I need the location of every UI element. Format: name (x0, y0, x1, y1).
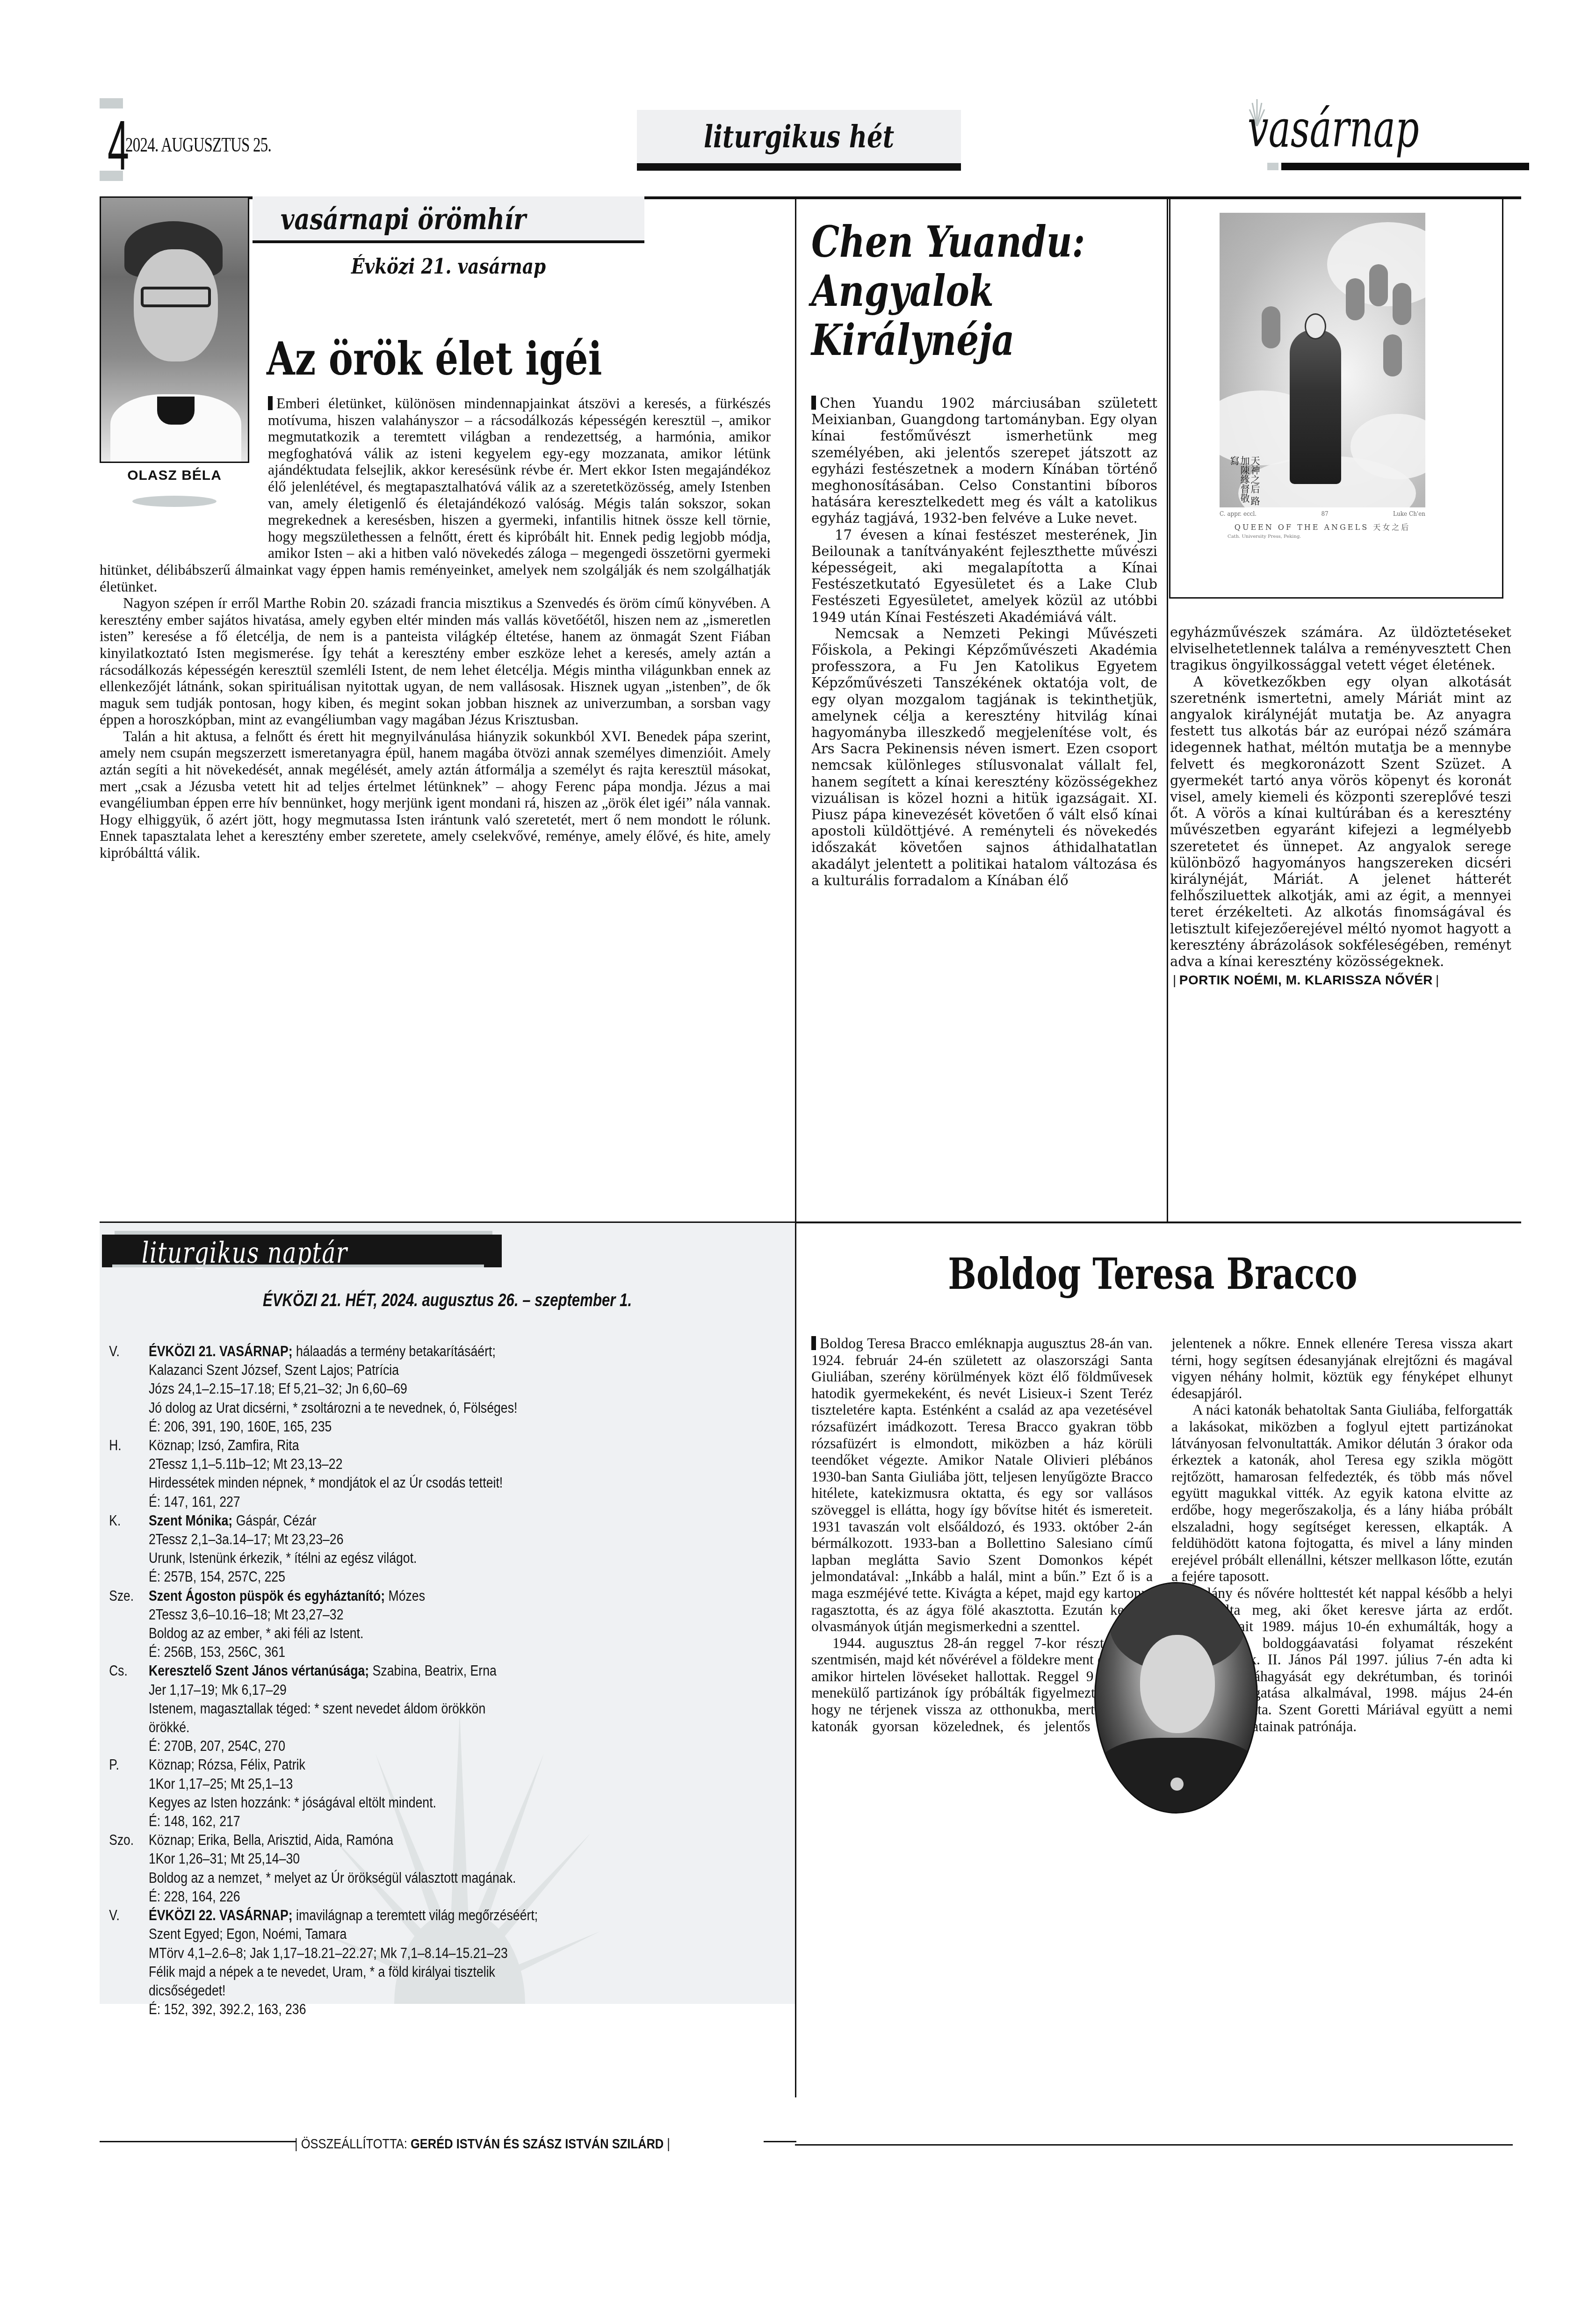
lead-bar-icon (811, 1336, 816, 1350)
chen-body-col2: egyházművészek számára. Az üldöztetéseke… (1170, 624, 1511, 988)
painting-caption-row: C. appr. eccl. 87 Luke Ch'en (1220, 511, 1425, 517)
calendar-psalm: Jó dolog az Urat dicsérni, * zsoltározni… (149, 1399, 696, 1417)
column-kicker-label: vasárnapi örömhír (281, 202, 526, 236)
calendar-psalm: Boldog az az ember, * aki féli az Istent… (149, 1624, 696, 1643)
calendar-header-top-bar (115, 1231, 492, 1235)
credit-rule-left (100, 2141, 296, 2142)
painting-angel (1393, 283, 1411, 325)
credit-rule-right (764, 2141, 796, 2142)
photo-glasses (141, 287, 211, 307)
calendar-psalm: Istenem, magasztallak téged: * szent nev… (149, 1699, 696, 1718)
column-kicker: vasárnapi örömhír (253, 196, 644, 243)
calendar-day: K. (102, 1511, 142, 1587)
painting-angel (1369, 264, 1388, 306)
queen-of-angels-painting: 天神之后 路加陳緣督敬寫 (1220, 213, 1425, 507)
chen-body-col1: Chen Yuandu 1902 márciusában született M… (811, 395, 1157, 889)
chen-paragraph: A következőkben egy olyan alkotását szer… (1170, 674, 1511, 970)
bracco-paragraph: Boldog Teresa Bracco emléknapja augusztu… (811, 1335, 1153, 1635)
calendar-entry: Szo. Köznap; Erika, Bella, Arisztid, Aid… (102, 1831, 785, 1906)
section-heading: liturgikus hét (637, 110, 961, 171)
bottom-rule (795, 2144, 1513, 2146)
calendar-feast: Keresztelő Szent János vértanúsága; Szab… (149, 1662, 696, 1680)
calendar-credit: | ÖSSZEÁLLÍTOTTA: GERÉD ISTVÁN ÉS SZÁSZ … (295, 2136, 692, 2152)
calendar-readings: 2Tessz 1,1–5.11b–12; Mt 23,13–22 (149, 1455, 696, 1474)
painting-artist: Luke Ch'en (1393, 511, 1425, 517)
calendar-entry: P. Köznap; Rózsa, Félix, Patrik 1Kor 1,1… (102, 1756, 785, 1831)
page-number-bottom-bar (100, 171, 123, 181)
calendar-readings: Józs 24,1–2.15–17.18; Ef 5,21–32; Jn 6,6… (149, 1380, 696, 1398)
column-rule (795, 1223, 796, 2097)
calendar-hymns: É: 148, 162, 217 (149, 1812, 696, 1831)
painting-angel (1383, 334, 1402, 376)
calendar-week: ÉVKÖZI 21. HÉT, 2024. augusztus 26. – sz… (162, 1291, 732, 1311)
calendar-feast: Köznap; Izsó, Zamfira, Rita (149, 1436, 696, 1455)
painting-plate-number: 87 (1321, 511, 1328, 517)
chen-paragraph: egyházművészek számára. Az üldöztetéseke… (1170, 624, 1511, 674)
column-rule (1167, 196, 1168, 1223)
liturgical-sunday: Évközi 21. vasárnap (282, 255, 615, 279)
calendar-day: P. (102, 1756, 142, 1831)
calendar-readings: 2Tessz 3,6–10.16–18; Mt 23,27–32 (149, 1605, 696, 1624)
calendar-entry: V. ÉVKÖZI 22. VASÁRNAP; imavilágnap a te… (102, 1906, 785, 2019)
calendar-psalm: Félik majd a népek a te nevedet, Uram, *… (149, 1963, 696, 1981)
calendar-header-bottom-bar (112, 1265, 484, 1267)
calendar-day: Cs. (102, 1662, 142, 1756)
painting-publisher: Cath. University Press, Peking. (1228, 534, 1301, 539)
calendar-entry: V. ÉVKÖZI 21. VASÁRNAP; hálaadás a termé… (102, 1342, 785, 1436)
chen-paragraph: Chen Yuandu 1902 márciusában született M… (811, 395, 1157, 527)
calendar-feast: Szent Ágoston püspök és egyháztanító; Mó… (149, 1587, 696, 1605)
calendar-day: V. (102, 1342, 142, 1436)
masthead-logo: vasárnap (1248, 103, 1419, 154)
logo-underline-accent (1267, 163, 1278, 170)
painting-madonna (1290, 330, 1341, 484)
portrait-coat (1094, 1738, 1258, 1814)
calendar-header: liturgikus naptár (102, 1235, 502, 1267)
painting-madonna-head (1305, 313, 1326, 340)
lead-bar-icon (268, 396, 273, 410)
calendar-day: H. (102, 1436, 142, 1511)
calendar-day: V. (102, 1906, 142, 2019)
calendar-readings: 2Tessz 2,1–3a.14–17; Mt 23,23–26 (149, 1530, 696, 1549)
homily-paragraph: Nagyon szépen ír erről Marthe Robin 20. … (100, 595, 771, 728)
calendar-psalm: Hirdessétek minden népnek, * mondjátok e… (149, 1474, 696, 1492)
calendar-hymns: É: 257B, 154, 257C, 225 (149, 1568, 696, 1586)
painting-inscription: 天神之后 路加陳緣督敬寫 (1229, 456, 1260, 507)
calendar-hymns: É: 147, 161, 227 (149, 1493, 696, 1511)
article-title: Az örök élet igéi (267, 332, 602, 386)
chen-paragraph: 17 évesen a kínai festészet mesterének, … (811, 527, 1157, 626)
calendar-psalm: Boldog az a nemzet, * melyet az Úr öröks… (149, 1869, 696, 1887)
calendar-entry: H. Köznap; Izsó, Zamfira, Rita 2Tessz 1,… (102, 1436, 785, 1511)
portrait-brooch (1170, 1778, 1184, 1791)
calendar-day: Szo. (102, 1831, 142, 1906)
calendar-readings: MTörv 4,1–2.6–8; Jak 1,17–18.21–22.27; M… (149, 1944, 696, 1963)
teresa-bracco-portrait (1094, 1582, 1258, 1814)
calendar-entry: K. Szent Mónika; Gáspár, Cézár 2Tessz 2,… (102, 1511, 785, 1587)
calendar-psalm: Urunk, Istenünk érkezik, * ítélni az egé… (149, 1549, 696, 1568)
painting-caption: QUEEN OF THE ANGELS 天女之后 (1220, 521, 1425, 532)
calendar-readings: Jer 1,17–19; Mk 6,17–29 (149, 1681, 696, 1699)
painting-angel (1346, 278, 1365, 320)
section-heading-label: liturgikus hét (704, 118, 894, 155)
issue-date: 2024. AUGUSZTUS 25. (125, 133, 271, 157)
calendar-feast: Szent Mónika; Gáspár, Cézár (149, 1511, 696, 1530)
photo-wrap-spacer (100, 395, 268, 549)
calendar-feast: Köznap; Rózsa, Félix, Patrik (149, 1756, 696, 1774)
calendar-hymns: É: 228, 164, 226 (149, 1887, 696, 1906)
lead-bar-icon (811, 396, 816, 410)
calendar-saints: Kalazanci Szent József, Szent Lajos; Pat… (149, 1361, 696, 1380)
bracco-article-title: Boldog Teresa Bracco (874, 1249, 1431, 1299)
chen-author-credit: |PORTIK NOÉMI, M. KLARISSZA NŐVÉR| (1170, 972, 1511, 988)
painting-angel (1262, 306, 1280, 348)
painting-approval: C. appr. eccl. (1220, 511, 1257, 517)
logo-underline (1281, 163, 1529, 170)
chen-article-title: Chen Yuandu: Angyalok Királynéja (811, 217, 1095, 365)
calendar-hymns: É: 152, 392, 392.2, 163, 236 (149, 2000, 696, 2019)
calendar-saints: Szent Egyed; Egon, Noémi, Tamara (149, 1925, 696, 1944)
chen-paragraph: Nemcsak a Nemzeti Pekingi Művészeti Főis… (811, 626, 1157, 889)
calendar-entry: Sze. Szent Ágoston püspök és egyháztanít… (102, 1587, 785, 1662)
homily-body: Emberi életünket, különösen mindennapjai… (100, 395, 771, 861)
calendar-hymns: É: 206, 391, 190, 160E, 165, 235 (149, 1417, 696, 1436)
calendar-feast: Köznap; Erika, Bella, Arisztid, Aida, Ra… (149, 1831, 696, 1850)
calendar-psalm-cont: dicsőségedet! (149, 1981, 696, 2000)
homily-paragraph: Talán a hit aktusa, a felnőtt és érett h… (100, 728, 771, 861)
calendar-hymns: É: 270B, 207, 254C, 270 (149, 1737, 696, 1756)
calendar-feast: ÉVKÖZI 22. VASÁRNAP; imavilágnap a terem… (149, 1906, 696, 1925)
column-rule (795, 196, 796, 1223)
calendar-list: V. ÉVKÖZI 21. VASÁRNAP; hálaadás a termé… (102, 1342, 785, 2019)
calendar-hymns: É: 256B, 153, 256C, 361 (149, 1643, 696, 1662)
calendar-day: Sze. (102, 1587, 142, 1662)
calendar-readings: 1Kor 1,26–31; Mt 25,14–30 (149, 1850, 696, 1868)
calendar-readings: 1Kor 1,17–25; Mt 25,1–13 (149, 1775, 696, 1793)
bracco-paragraph: A náci katonák behatoltak Santa Giuliába… (1171, 1402, 1513, 1585)
portrait-face (1140, 1635, 1215, 1733)
calendar-psalm-cont: örökké. (149, 1718, 696, 1737)
calendar-entry: Cs. Keresztelő Szent János vértanúsága; … (102, 1662, 785, 1756)
calendar-feast: ÉVKÖZI 21. VASÁRNAP; hálaadás a termény … (149, 1342, 696, 1361)
calendar-psalm: Kegyes az Isten hozzánk: * jóságával elt… (149, 1793, 696, 1812)
